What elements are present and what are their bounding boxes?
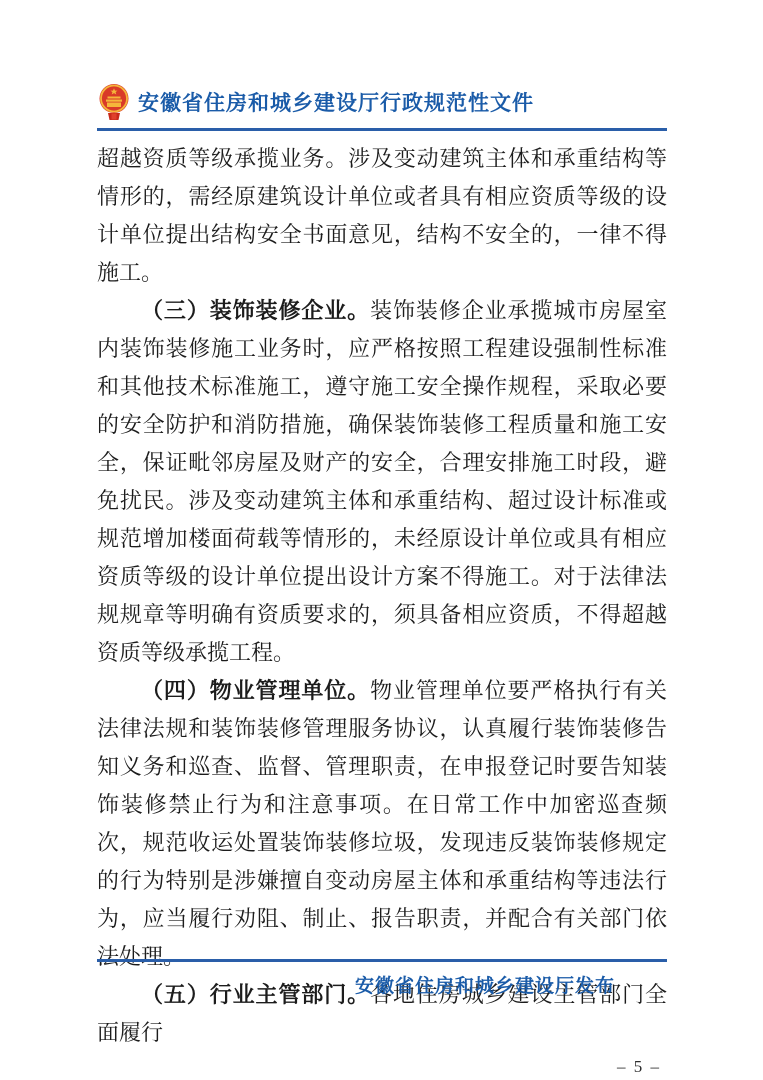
paragraph-item-3: （三）装饰装修企业。装饰装修企业承揽城市房屋室内装饰装修施工业务时，应严格按照工… bbox=[97, 292, 667, 672]
paragraph-lead: （四）物业管理单位。 bbox=[141, 678, 370, 703]
document-page: 安徽省住房和城乡建设厅行政规范性文件 超越资质等级承揽业务。涉及变动建筑主体和承… bbox=[97, 83, 667, 1080]
paragraph-lead: （三）装饰装修企业。 bbox=[141, 298, 370, 323]
paragraph-item-4: （四）物业管理单位。物业管理单位要严格执行有关法律法规和装饰装修管理服务协议，认… bbox=[97, 672, 667, 976]
document-footer: 安徽省住房和城乡建设厅发布 bbox=[97, 959, 667, 998]
document-body: 超越资质等级承揽业务。涉及变动建筑主体和承重结构等情形的，需经原建筑设计单位或者… bbox=[97, 140, 667, 1080]
paragraph-continuation: 超越资质等级承揽业务。涉及变动建筑主体和承重结构等情形的，需经原建筑设计单位或者… bbox=[97, 140, 667, 292]
page-number: – 5 – bbox=[97, 1052, 667, 1080]
national-emblem-icon bbox=[97, 83, 131, 121]
paragraph-text: 装饰装修企业承揽城市房屋室内装饰装修施工业务时，应严格按照工程建设强制性标准和其… bbox=[97, 298, 667, 665]
header-divider bbox=[97, 128, 667, 131]
footer-publisher: 安徽省住房和城乡建设厅发布 bbox=[97, 971, 667, 998]
document-header: 安徽省住房和城乡建设厅行政规范性文件 bbox=[97, 83, 667, 121]
document-title: 安徽省住房和城乡建设厅行政规范性文件 bbox=[138, 87, 534, 117]
footer-divider bbox=[97, 959, 667, 962]
paragraph-text: 超越资质等级承揽业务。涉及变动建筑主体和承重结构等情形的，需经原建筑设计单位或者… bbox=[97, 146, 667, 285]
paragraph-text: 物业管理单位要严格执行有关法律法规和装饰装修管理服务协议，认真履行装饰装修告知义… bbox=[97, 678, 667, 969]
